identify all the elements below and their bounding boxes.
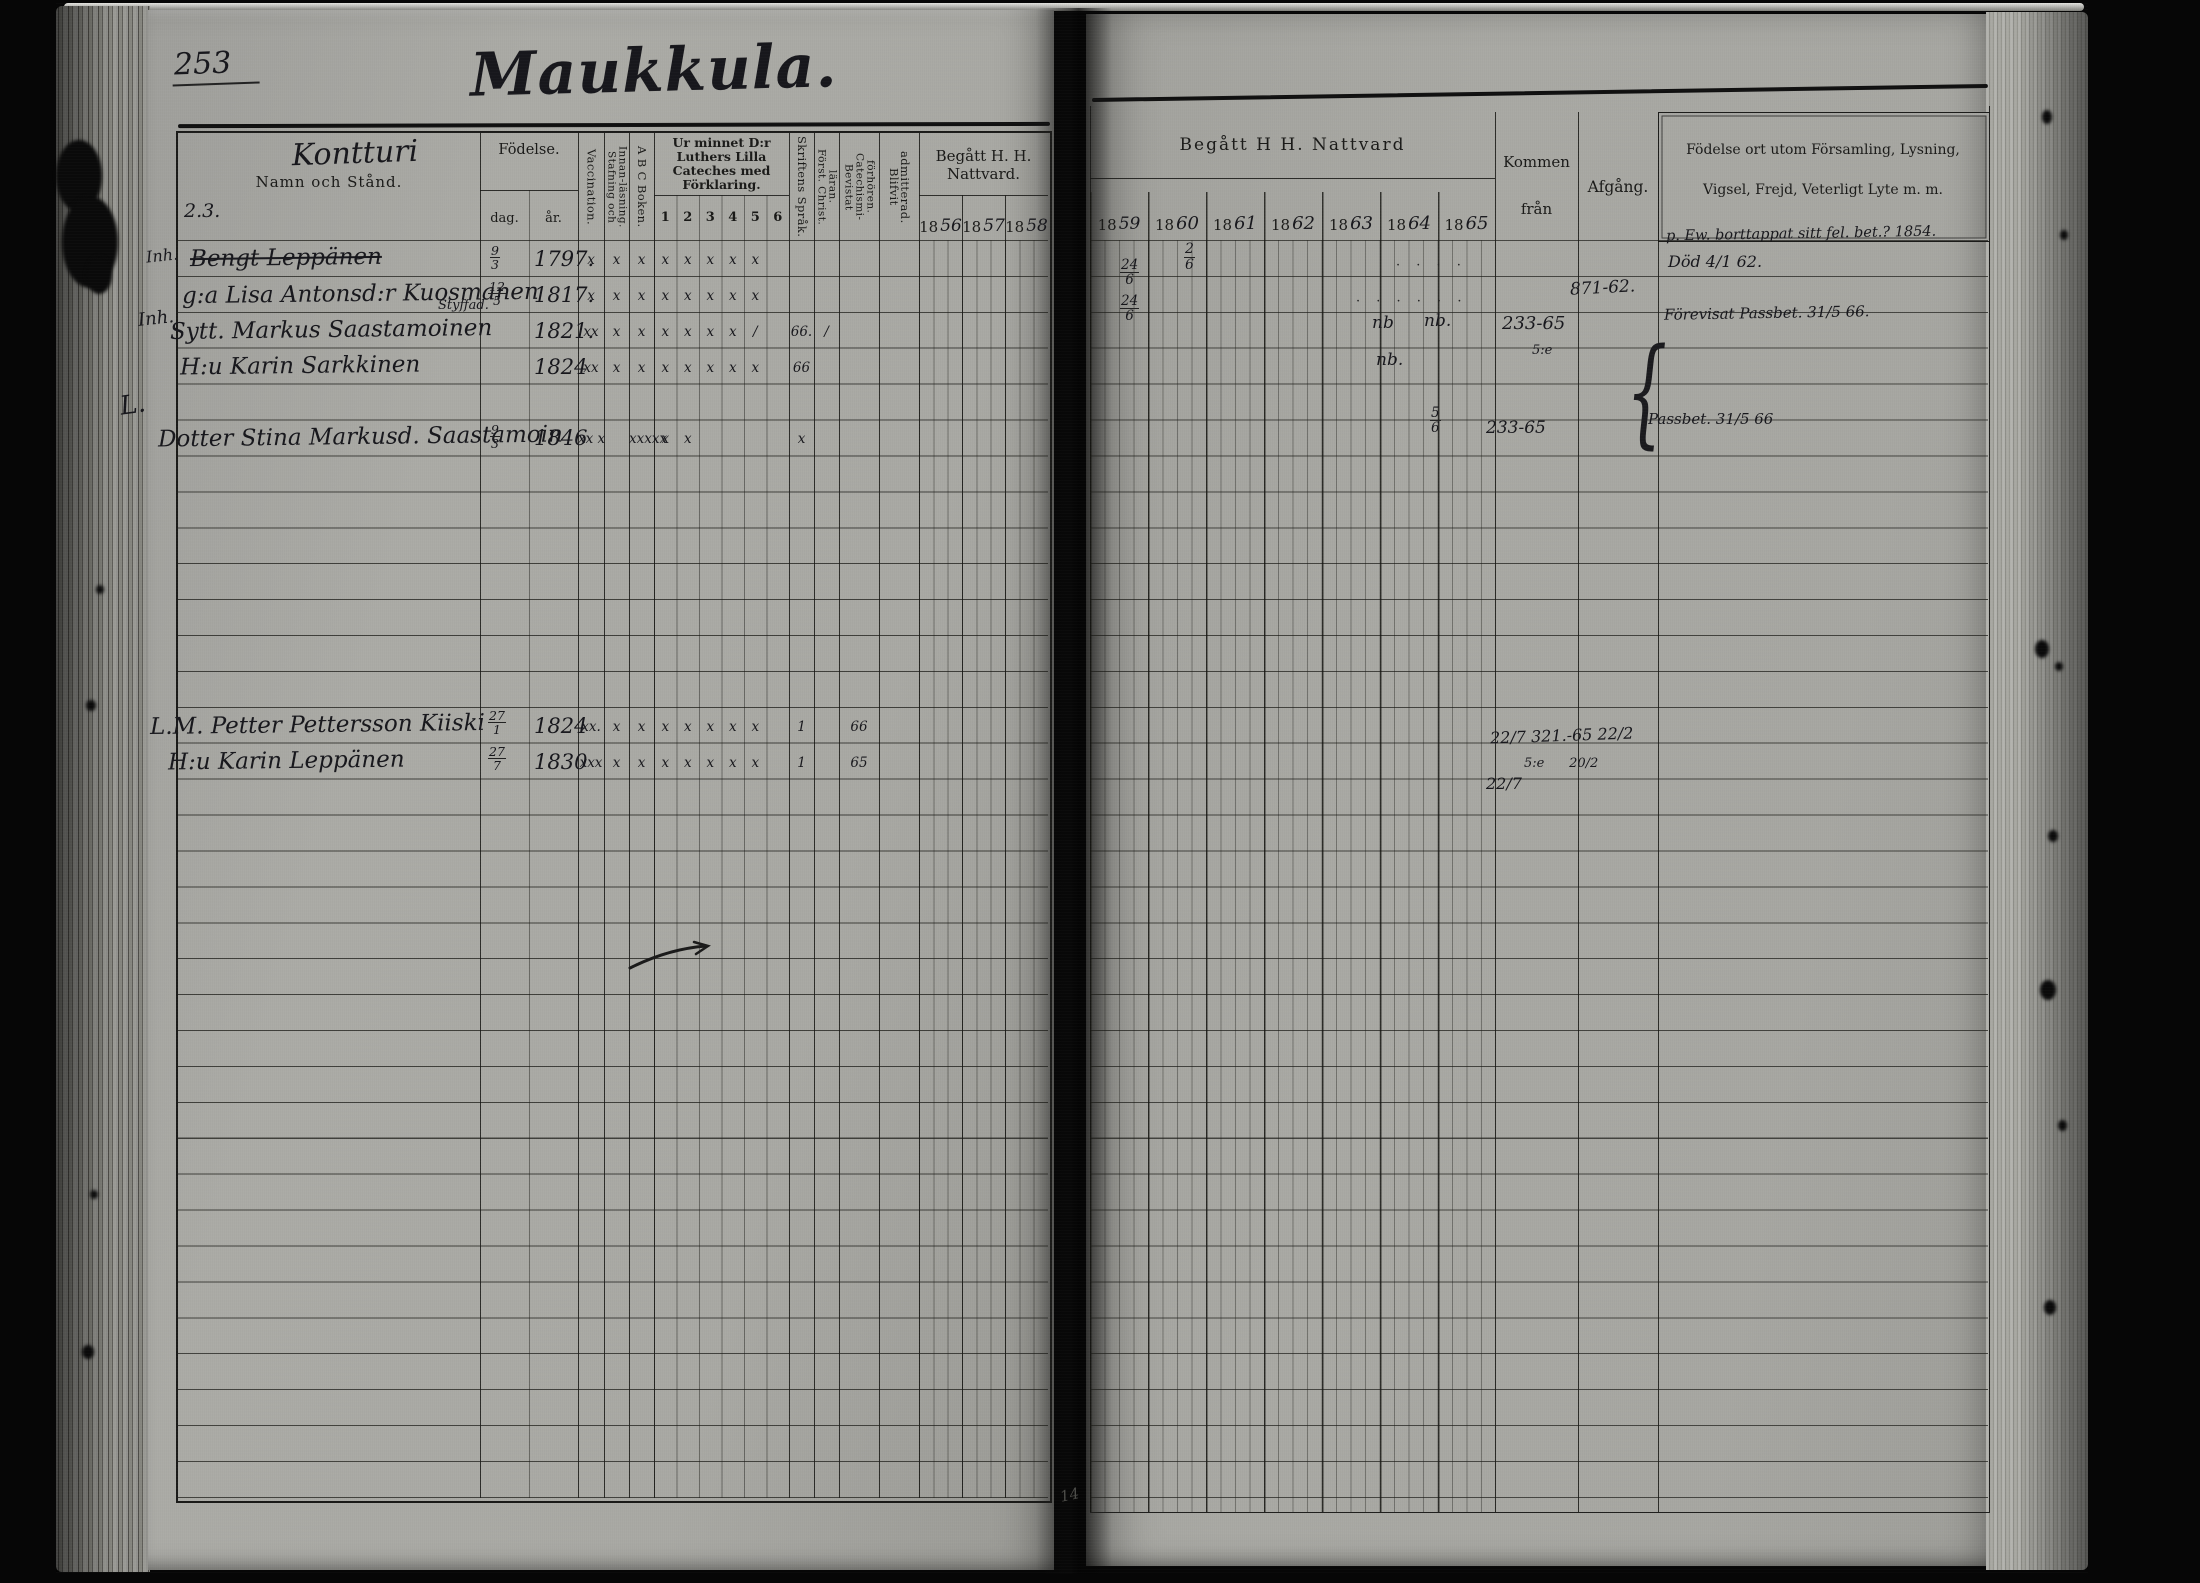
column-head-catechism-exams: Bevistat Catechismi-förhören. — [839, 136, 879, 238]
mark-cell: x — [677, 355, 700, 381]
row15-birth-month: 7 — [493, 759, 501, 772]
mark-cell — [814, 426, 839, 452]
row2-birth-day: 12 — [488, 280, 506, 294]
row6-birth-day: 9 — [490, 423, 500, 437]
page-number: 253 — [171, 44, 260, 86]
mark-cell — [767, 319, 790, 345]
row3-note: Förevisat Passbet. 31/5 66. — [1664, 302, 1870, 324]
row2-1859-day: 24 — [1120, 258, 1139, 273]
row4-marks: xxxxxxxxx66 — [578, 355, 879, 381]
mark-cell: x — [629, 355, 654, 381]
mark-cell: xxx — [578, 750, 604, 776]
year-printed: 18 — [962, 218, 981, 236]
mark-cell: x — [744, 283, 767, 309]
notes-header-box — [1658, 112, 1990, 242]
mark-cell: x — [654, 247, 677, 273]
communion-sub-lines-left — [919, 240, 1048, 1498]
mark-cell: x — [677, 247, 700, 273]
mark-cell: 1 — [789, 750, 814, 776]
mark-cell: / — [744, 319, 767, 345]
row1-birth-day: 9 — [490, 244, 500, 258]
row6-name: Dotter Stina Markusd. Saastamoin — [158, 417, 563, 456]
mark-cell: x — [677, 426, 700, 452]
mark-cell: x — [654, 355, 677, 381]
row14-birth-day: 27 — [488, 709, 506, 723]
mark-cell: x — [677, 714, 700, 740]
mark-cell: x — [722, 283, 745, 309]
mark-cell: xx. — [578, 714, 604, 740]
row6-birth-month: 3 — [491, 437, 499, 450]
mark-cell: xx — [578, 355, 604, 381]
mark-cell: x — [744, 355, 767, 381]
year-head-1856: 18 56 — [919, 198, 962, 236]
mark-cell — [814, 355, 839, 381]
ink-speck — [96, 585, 104, 594]
mark-cell: x — [677, 283, 700, 309]
mark-cell: x — [789, 426, 814, 452]
row1-ditto-dots: · · · · — [1396, 258, 1467, 273]
mark-cell: x — [629, 750, 654, 776]
mark-cell: xxxxx — [629, 426, 654, 452]
grid-line — [1578, 112, 1579, 1512]
grid-line — [1495, 112, 1496, 1512]
mark-cell: x — [722, 750, 745, 776]
mark-cell: x — [677, 750, 700, 776]
row2-ditto-dots: · · · · · · — [1356, 294, 1467, 309]
mark-cell — [767, 283, 790, 309]
row5-flourish: L. — [118, 388, 147, 421]
mark-cell: x — [654, 319, 677, 345]
mark-cell: x — [604, 283, 629, 309]
mark-cell: x — [699, 750, 722, 776]
mark-cell: x — [677, 319, 700, 345]
grid-line — [919, 195, 1048, 196]
row3-1859-day: 24 — [1120, 294, 1139, 309]
mark-cell: x — [654, 426, 677, 452]
pen-stroke-arrow — [628, 940, 712, 972]
row3-1859-month: 6 — [1125, 309, 1134, 323]
mark-cell: 66. — [789, 319, 814, 345]
mark-cell — [767, 750, 790, 776]
ink-speck — [2060, 230, 2068, 240]
column-head-come-from-1: Kommen — [1495, 145, 1578, 179]
column-head-admitted: Blifvit admitterad. — [879, 136, 919, 238]
mark-cell — [699, 426, 722, 452]
year-head-1858: 18 58 — [1005, 198, 1048, 236]
page-title-maukkula: Maukkula. — [469, 31, 838, 111]
row6-note: Passbet. 31/5 66 — [1648, 410, 1773, 428]
grid-line — [1005, 195, 1006, 1498]
row14-marks: xx.xxxxxxx166 — [578, 714, 879, 740]
row14-birth-month: 1 — [493, 723, 501, 736]
row3-marks: xxxxxxxx/66./ — [578, 319, 879, 345]
column-head-vaccination: Vaccination. — [578, 136, 604, 238]
mark-cell — [839, 283, 879, 309]
mark-cell: x — [578, 247, 604, 273]
row3-come-from: 233-65 — [1502, 313, 1565, 334]
mark-cell — [839, 319, 879, 345]
mark-cell: x — [629, 714, 654, 740]
column-head-notes-line2: Vigsel, Frejd, Veterligt Lyte m. m. — [1664, 178, 1982, 202]
ink-speck — [82, 1345, 94, 1359]
row3-1864-mark: nb — [1372, 313, 1394, 333]
mark-cell — [814, 750, 839, 776]
ink-speck — [2042, 110, 2052, 124]
column-head-come-from-2: från — [1495, 192, 1578, 226]
row4-1864-mark: nb. — [1376, 350, 1403, 370]
row1-note-line2: Död 4/1 62. — [1668, 252, 1762, 271]
catechism-sub-lines — [654, 195, 789, 1498]
mark-cell — [789, 247, 814, 273]
column-head-catechism: Ur minnet D:r Luthers Lilla Cateches med… — [656, 135, 787, 193]
mark-cell: x — [744, 247, 767, 273]
grid-line — [962, 195, 963, 1498]
mark-cell: xx — [578, 319, 604, 345]
year-printed: 18 — [919, 218, 938, 236]
grouping-brace: { — [1626, 322, 1667, 460]
mark-cell: x — [604, 247, 629, 273]
row15-marks: xxxxxxxxxx165 — [578, 750, 879, 776]
mark-cell — [839, 355, 879, 381]
mark-cell — [722, 426, 745, 452]
year-printed: 18 — [1005, 218, 1024, 236]
mark-cell: x — [604, 355, 629, 381]
ink-speck — [90, 1190, 98, 1199]
communion-year-lines-right — [1090, 192, 1496, 1512]
row14-come-from-2: 5:e 20/2 — [1524, 756, 1598, 771]
row2-marks: xxxxxxxx — [578, 283, 879, 309]
mark-cell: x — [604, 750, 629, 776]
row15-come-from: 22/7 — [1486, 774, 1522, 793]
column-head-kontturi-handwritten: Kontturi — [249, 132, 460, 174]
row4-name: H:u Karin Sarkkinen — [180, 347, 421, 384]
mark-cell — [767, 247, 790, 273]
column-head-day: dag. — [480, 198, 529, 238]
ink-blob — [86, 256, 112, 294]
ink-speck — [2040, 980, 2056, 1000]
mark-cell: x — [604, 319, 629, 345]
column-head-christian-doctrine: Först. Christ. läran. — [814, 136, 839, 238]
row6-1864-day: 5 — [1430, 406, 1441, 421]
row1-name: Bengt Leppänen — [190, 239, 382, 275]
mark-cell: x — [629, 247, 654, 273]
column-head-spelling-reading: Stafning och Innan-läsning. — [604, 136, 629, 238]
mark-cell: x — [699, 714, 722, 740]
mark-cell: x — [744, 714, 767, 740]
mark-cell — [604, 426, 629, 452]
ink-speck — [2044, 1300, 2056, 1315]
column-head-year: år. — [529, 198, 578, 238]
column-head-notes-line1: Födelse ort utom Församling, Lysning, — [1664, 138, 1982, 162]
mark-cell: x — [744, 750, 767, 776]
year-head-1857: 18 57 — [962, 198, 1005, 236]
ink-speck — [2035, 640, 2049, 658]
mark-cell — [767, 355, 790, 381]
mark-cell: 1 — [789, 714, 814, 740]
ink-speck — [2055, 662, 2063, 671]
ink-speck — [86, 700, 96, 711]
column-head-name: Namn och Stånd. — [178, 170, 480, 194]
row1-marks: xxxxxxxx — [578, 247, 879, 273]
mark-cell: 65 — [839, 750, 879, 776]
mark-cell — [744, 426, 767, 452]
mark-cell: 66 — [839, 714, 879, 740]
year-handwritten: 56 — [940, 216, 962, 236]
mark-cell — [767, 714, 790, 740]
mark-cell: x — [699, 355, 722, 381]
ink-speck — [2058, 1120, 2067, 1131]
column-head-birth: Födelse. — [480, 138, 578, 162]
mark-cell: x — [722, 714, 745, 740]
mark-cell: x — [722, 355, 745, 381]
mark-cell — [814, 247, 839, 273]
mark-cell — [789, 283, 814, 309]
row3-1865-mark: nb. — [1424, 311, 1451, 331]
mark-cell: x — [699, 247, 722, 273]
mark-cell — [839, 247, 879, 273]
mark-cell: x — [722, 319, 745, 345]
row2-birth-month: 5 — [493, 294, 501, 307]
column-head-communion-left: Begått H. H. Nattvard. — [919, 140, 1048, 190]
year-handwritten: 58 — [1026, 216, 1048, 236]
column-head-abc-book: A B C Boken. — [629, 136, 654, 238]
mark-cell — [767, 426, 790, 452]
mark-cell — [839, 426, 879, 452]
corner-note: 2.3. — [184, 200, 220, 222]
row1-1860-day: 2 — [1184, 242, 1195, 258]
row2-1859-month: 6 — [1125, 273, 1134, 287]
mark-cell: x — [699, 283, 722, 309]
row3-name: Sytt. Markus Saastamoinen — [170, 310, 493, 348]
mark-cell: xx x — [578, 426, 604, 452]
mark-cell — [814, 283, 839, 309]
column-head-departure: Afgång. — [1578, 170, 1658, 204]
mark-cell: x — [604, 714, 629, 740]
mark-cell: x — [722, 247, 745, 273]
grid-line — [1090, 178, 1495, 179]
row15-birth-day: 27 — [488, 745, 506, 759]
mark-cell: x — [654, 750, 677, 776]
row1-birth-month: 3 — [491, 258, 499, 271]
mark-cell: x — [629, 283, 654, 309]
row3-come-from-2: 5:e — [1532, 343, 1552, 358]
row1-margin: Inh. — [145, 244, 179, 266]
mark-cell: x — [699, 319, 722, 345]
column-head-scripture-language: Skriftens Språk. — [789, 136, 814, 238]
row15-name: H:u Karin Leppänen — [168, 742, 405, 779]
right-stack-shadow — [1986, 12, 2088, 1570]
row6-1864-month: 6 — [1431, 421, 1440, 435]
mark-cell: x — [654, 283, 677, 309]
mark-cell: x — [578, 283, 604, 309]
row6-marks: xx xxxxxxxxx — [578, 426, 879, 452]
row2-departure: 871-62. — [1570, 276, 1636, 299]
row6-come-from: 233-65 — [1486, 418, 1546, 438]
mark-cell: / — [814, 319, 839, 345]
ink-speck — [2048, 830, 2058, 842]
book-scan: 253 Maukkula. Kontturi Namn och Stånd. 2… — [0, 0, 2200, 1583]
grid-line — [879, 133, 880, 1498]
row14-name: L.M. Petter Pettersson Kiiski — [150, 705, 485, 743]
mark-cell: x — [654, 714, 677, 740]
mark-cell — [814, 714, 839, 740]
year-handwritten: 57 — [983, 216, 1005, 236]
grid-line — [529, 190, 530, 1498]
row1-1860-month: 6 — [1185, 258, 1194, 273]
column-head-communion-right: Begått H H. Nattvard — [1090, 125, 1495, 165]
mark-cell: 66 — [789, 355, 814, 381]
mark-cell: x — [629, 319, 654, 345]
